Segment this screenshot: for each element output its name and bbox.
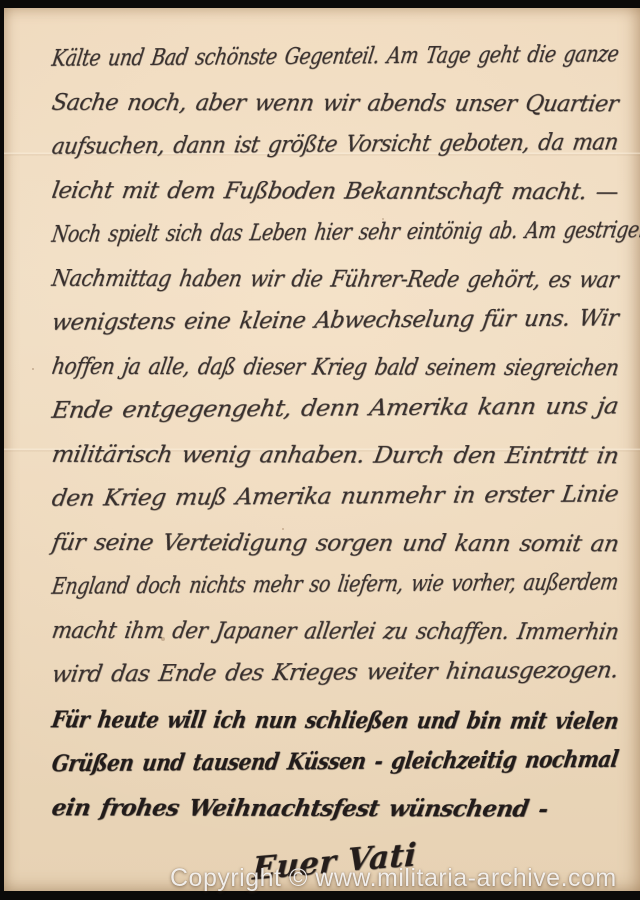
handwritten-line: Für heute will ich nun schließen und bin… <box>50 706 621 734</box>
handwritten-line: leicht mit dem Fußboden Bekanntschaft ma… <box>50 178 620 205</box>
handwritten-line: Ende entgegengeht, denn Amerika kann uns… <box>50 394 620 424</box>
handwritten-line: England doch nichts mehr so liefern, wie… <box>50 570 620 600</box>
handwritten-line: für seine Verteidigung sorgen und kann s… <box>50 530 620 557</box>
handwritten-line: wenigstens eine kleine Abwechselung für … <box>50 306 620 336</box>
handwritten-line: hoffen ja alle, daß dieser Krieg bald se… <box>50 354 620 381</box>
scanned-letter-page: Kälte und Bad schönste Gegenteil. Am Tag… <box>0 0 640 900</box>
handwritten-line: aufsuchen, dann ist größte Vorsicht gebo… <box>50 130 620 160</box>
handwritten-line: Sache noch, aber wenn wir abends unser Q… <box>50 90 620 117</box>
letter-paper: Kälte und Bad schönste Gegenteil. Am Tag… <box>4 8 640 891</box>
handwritten-line: den Krieg muß Amerika nunmehr in erster … <box>50 482 620 512</box>
handwritten-line: macht ihm der Japaner allerlei zu schaff… <box>50 618 620 645</box>
handwritten-line: Grüßen und tausend Küssen - gleichzeitig… <box>50 746 620 777</box>
watermark-text: Copyright © www.militaria-archive.com <box>170 864 617 893</box>
handwritten-line: ein frohes Weihnachtsfest wünschend - <box>50 794 550 822</box>
letter-lines: Kälte und Bad schönste Gegenteil. Am Tag… <box>4 8 640 891</box>
handwritten-line: Kälte und Bad schönste Gegenteil. Am Tag… <box>50 42 620 72</box>
handwritten-line: Nachmittag haben wir die Führer-Rede geh… <box>50 266 620 293</box>
handwritten-line: militärisch wenig anhaben. Durch den Ein… <box>50 442 620 469</box>
handwritten-line: wird das Ende des Krieges weiter hinausg… <box>50 658 620 688</box>
handwritten-line: Noch spielt sich das Leben hier sehr ein… <box>50 217 640 248</box>
